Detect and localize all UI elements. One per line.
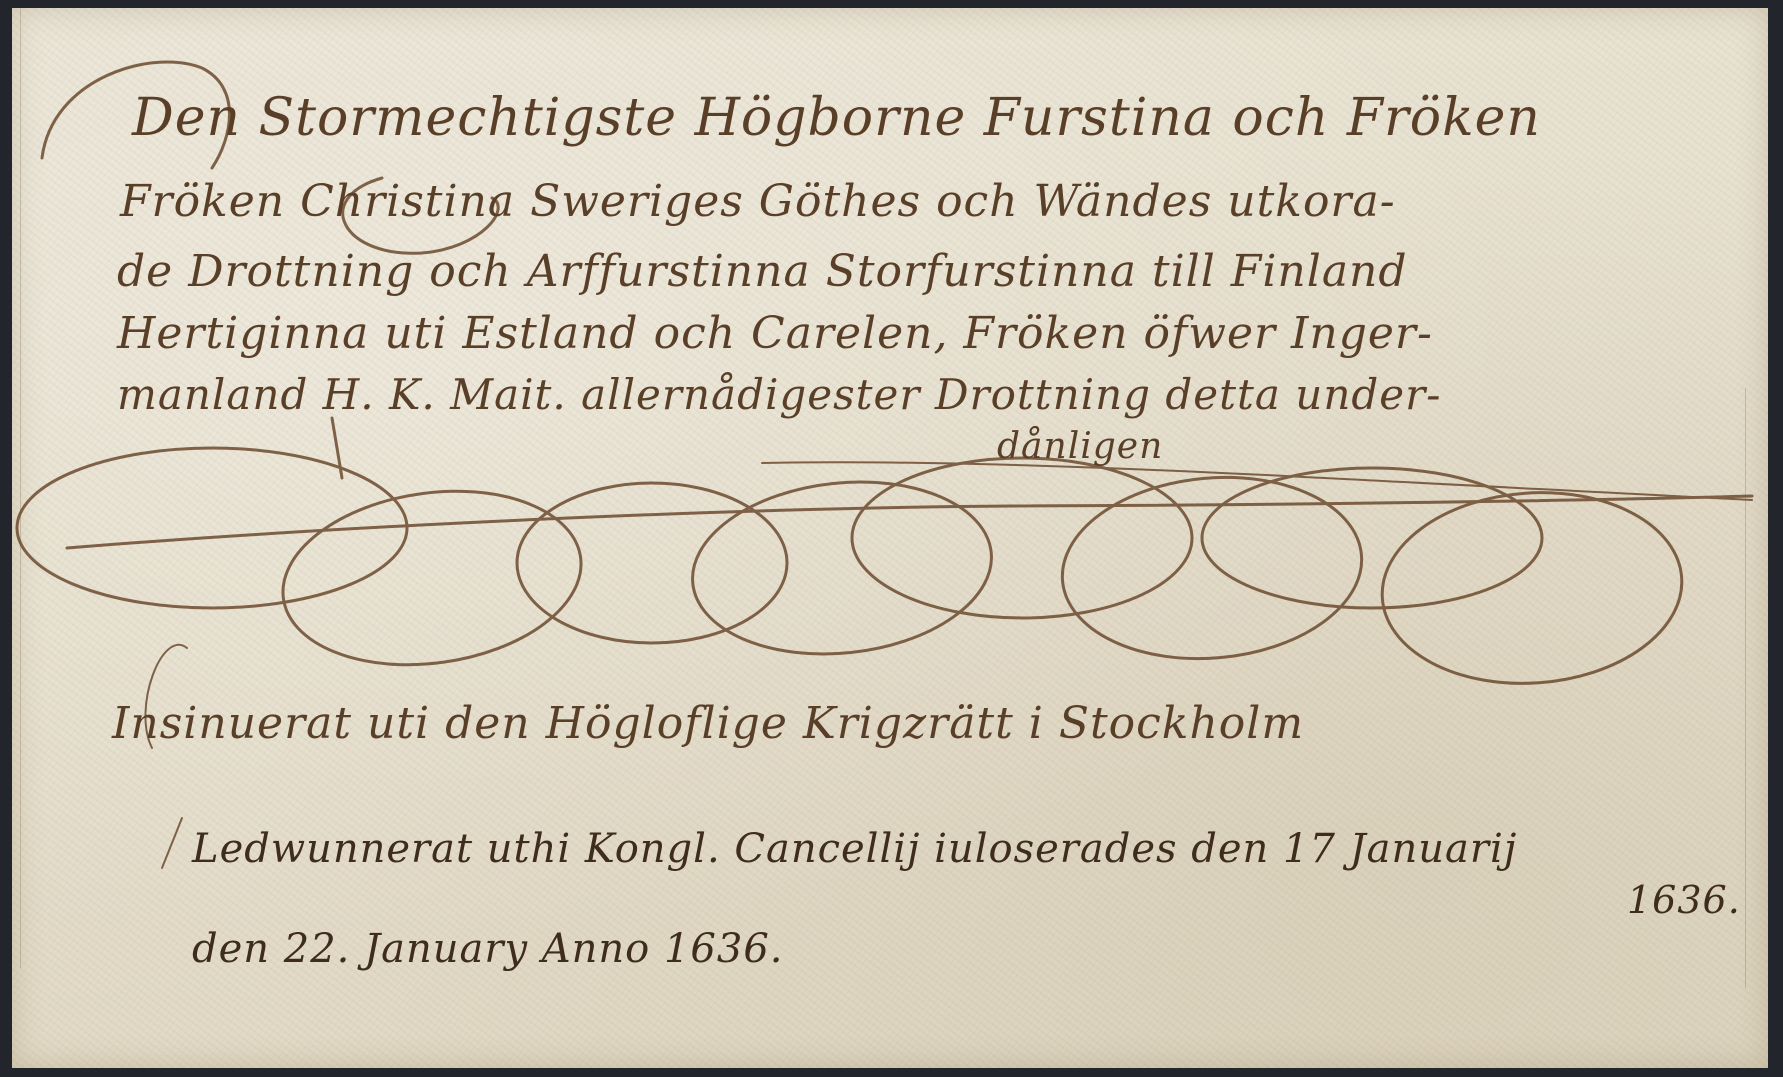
address-line-4: Hertiginna uti Estland och Carelen, Frök… — [117, 308, 1433, 359]
endorsement-line-3: den 22. January Anno 1636. — [192, 926, 784, 972]
decorative-flourish-loops — [12, 8, 1768, 1068]
endorsement-line-1: Insinuerat uti den Högloflige Krigzrätt … — [112, 698, 1304, 749]
letter-paper: Den Stormechtigste Högborne Furstina och… — [12, 8, 1768, 1068]
address-line-1: Den Stormechtigste Högborne Furstina och… — [132, 88, 1541, 148]
address-line-5: manland H. K. Mait. allernådigester Drot… — [117, 370, 1441, 419]
address-line-6: dånligen — [997, 426, 1163, 467]
address-line-3: de Drottning och Arffurstinna Storfursti… — [117, 246, 1408, 297]
endorsement-year: 1636. — [1627, 878, 1741, 922]
endorsement-line-2: Ledwunnerat uthi Kongl. Cancellij iulose… — [192, 826, 1517, 872]
address-line-2: Fröken Christina Sweriges Göthes och Wän… — [120, 176, 1396, 227]
